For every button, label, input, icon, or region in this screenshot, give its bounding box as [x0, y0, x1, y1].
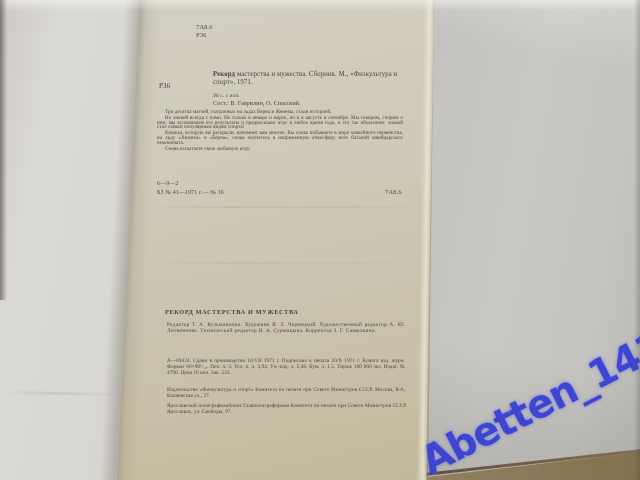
bibliographic-citation: Рекорд мастерства и мужества. Сборник. М… [213, 71, 405, 87]
book-photo: 7А8.6 Р36 Р36 Рекорд мастерства и мужест… [0, 0, 640, 480]
paper-crease [140, 206, 432, 208]
publisher-address: Издательство «Физкультура и спорт» Комит… [167, 388, 405, 399]
annotation-paragraph: Снова испытаете свою любимую игру. [157, 148, 403, 153]
staff-credits: Редактор Т. А. Кузьминична. Художник В. … [167, 322, 405, 334]
compilers-line: Сост.: В. Гаврилин, О. Спасский. [213, 101, 301, 107]
colophon-heading: РЕКОРД МАСТЕРСТВА И МУЖЕСТВА [165, 309, 299, 316]
citation-title-rest: мастерства и мужества. Сборник. М., «Физ… [213, 71, 397, 86]
citation-title: Рекорд [213, 71, 235, 78]
print-order-codes: 6—9—2 БЗ № 41—1971 г.— № 16 [157, 180, 224, 198]
photo-left-shadow [0, 0, 7, 300]
annotation-paragraph: Но хоккей всегда с нами. Не только в янв… [157, 117, 403, 131]
photo-top-highlight [0, 0, 640, 11]
bbk-code-top: 7А8.6 Р36 [196, 24, 213, 39]
paper-crease [140, 262, 432, 264]
citation-index: Р36 [159, 82, 170, 90]
print-specs: А—09434. Сдано в производство 16/VII 197… [167, 359, 405, 376]
printing-house-address: Ярославский полиграфкомбинат Главполигра… [167, 404, 407, 416]
bbk-code-bottom: 7А8.6 [385, 189, 402, 196]
annotation-paragraph: Книжка, которую вы раскрыли, напомнит ва… [157, 132, 403, 146]
annotation-block: Три десятка матчей, сыгранных на льдах Б… [157, 111, 403, 153]
pages-note: 96 с. с илл. [213, 93, 240, 99]
photo-right-shadow [634, 0, 640, 480]
